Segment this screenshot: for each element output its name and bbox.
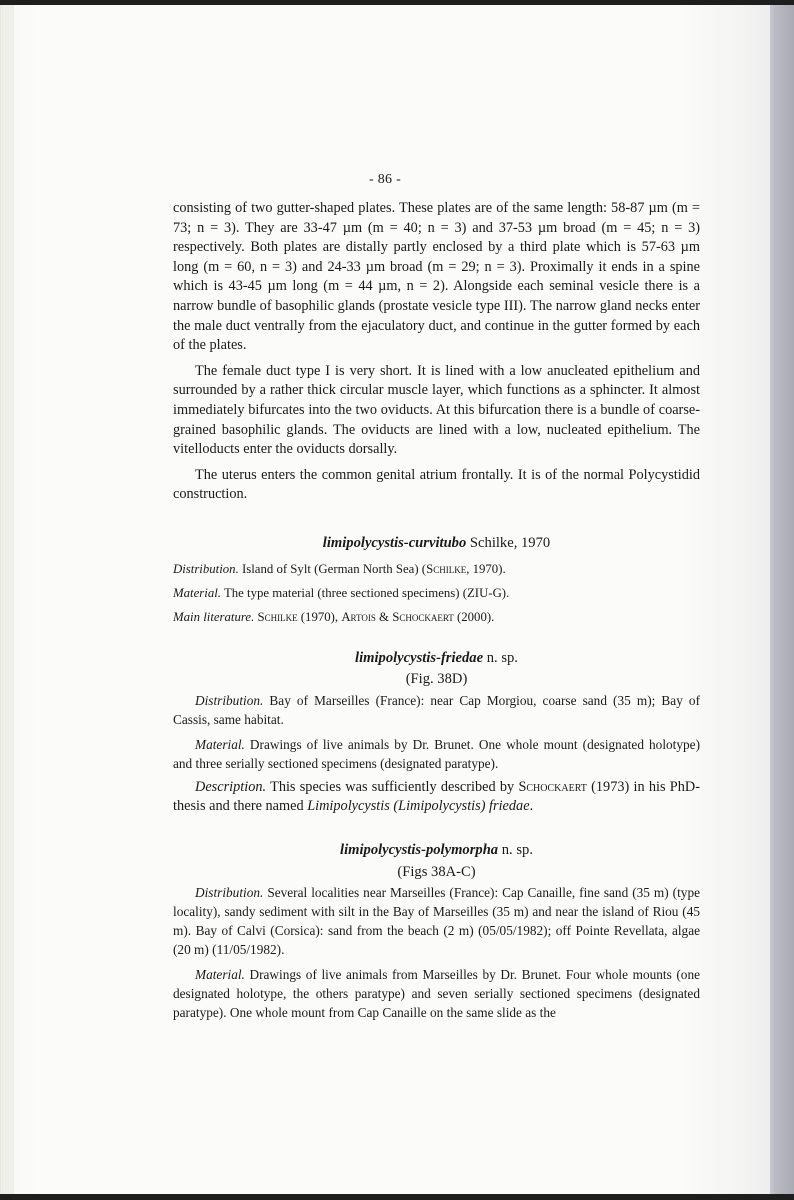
figure-reference: (Fig. 38D) (173, 670, 700, 690)
description-label: Description. (195, 779, 266, 795)
literature-year: (1970), (298, 610, 342, 624)
distribution-label: Distribution. (195, 885, 263, 900)
distribution-entry: Distribution. Several localities near Ma… (173, 883, 700, 959)
species-section-polymorpha: limipolycystis-polymorpha n. sp. (Figs 3… (173, 841, 700, 1022)
author-smallcaps: Schilke (426, 562, 466, 576)
page-body: consisting of two gutter-shaped plates. … (173, 199, 700, 1022)
material-text: Drawings of live animals from Marseilles… (173, 967, 700, 1020)
taxon-name: limipolycystis-friedae (355, 650, 483, 666)
taxon-name: limipolycystis-polymorpha (340, 842, 498, 858)
distribution-text: Island of Sylt (German North Sea) ( (239, 562, 426, 576)
description-entry: Description. This species was sufficient… (173, 778, 700, 817)
material-entry: Material. The type material (three secti… (173, 584, 700, 603)
material-entry: Material. Drawings of live animals by Dr… (173, 735, 700, 773)
species-heading: limipolycystis-polymorpha n. sp. (173, 841, 700, 861)
literature-label: Main literature. (173, 610, 254, 624)
species-section-friedae: limipolycystis-friedae n. sp. (Fig. 38D)… (173, 649, 700, 817)
distribution-year: , 1970). (466, 562, 505, 576)
description-end: . (530, 798, 534, 814)
material-label: Material. (173, 586, 221, 600)
material-entry: Material. Drawings of live animals from … (173, 965, 700, 1022)
taxon-authority: Schilke, 1970 (466, 535, 550, 551)
literature-entry: Main literature. Schilke (1970), Artois … (173, 608, 700, 627)
species-heading: limipolycystis-curvitubo Schilke, 1970 (173, 534, 700, 554)
material-text: The type material (three sectioned speci… (221, 586, 509, 600)
species-heading: limipolycystis-friedae n. sp. (173, 649, 700, 669)
material-text: Drawings of live animals by Dr. Brunet. … (173, 737, 700, 771)
material-label: Material. (195, 737, 245, 752)
body-paragraph-3: The uterus enters the common genital atr… (173, 466, 700, 505)
figure-reference: (Figs 38A-C) (173, 863, 700, 883)
author-smallcaps: Schilke (254, 610, 297, 624)
author-smallcaps: Schockaert (518, 779, 586, 795)
description-text: This species was sufficiently described … (266, 779, 518, 795)
taxon-authority: n. sp. (498, 842, 533, 858)
taxon-italic: Limipolycystis (Limipolycystis) friedae (307, 798, 529, 814)
body-paragraph-1: consisting of two gutter-shaped plates. … (173, 199, 700, 356)
material-label: Material. (195, 967, 245, 982)
distribution-entry: Distribution. Bay of Marseilles (France)… (173, 691, 700, 729)
species-section-curvitubo: limipolycystis-curvitubo Schilke, 1970 D… (173, 534, 700, 627)
literature-year: (2000). (454, 610, 495, 624)
distribution-label: Distribution. (173, 562, 239, 576)
distribution-label: Distribution. (195, 693, 263, 708)
taxon-name: limipolycystis-curvitubo (323, 535, 467, 551)
author-smallcaps: Artois & Schockaert (341, 610, 453, 624)
distribution-entry: Distribution. Island of Sylt (German Nor… (173, 560, 700, 579)
book-binding-edge (770, 5, 794, 1194)
body-paragraph-2: The female duct type I is very short. It… (173, 362, 700, 460)
page-number: - 86 - (0, 172, 770, 188)
taxon-authority: n. sp. (483, 650, 518, 666)
